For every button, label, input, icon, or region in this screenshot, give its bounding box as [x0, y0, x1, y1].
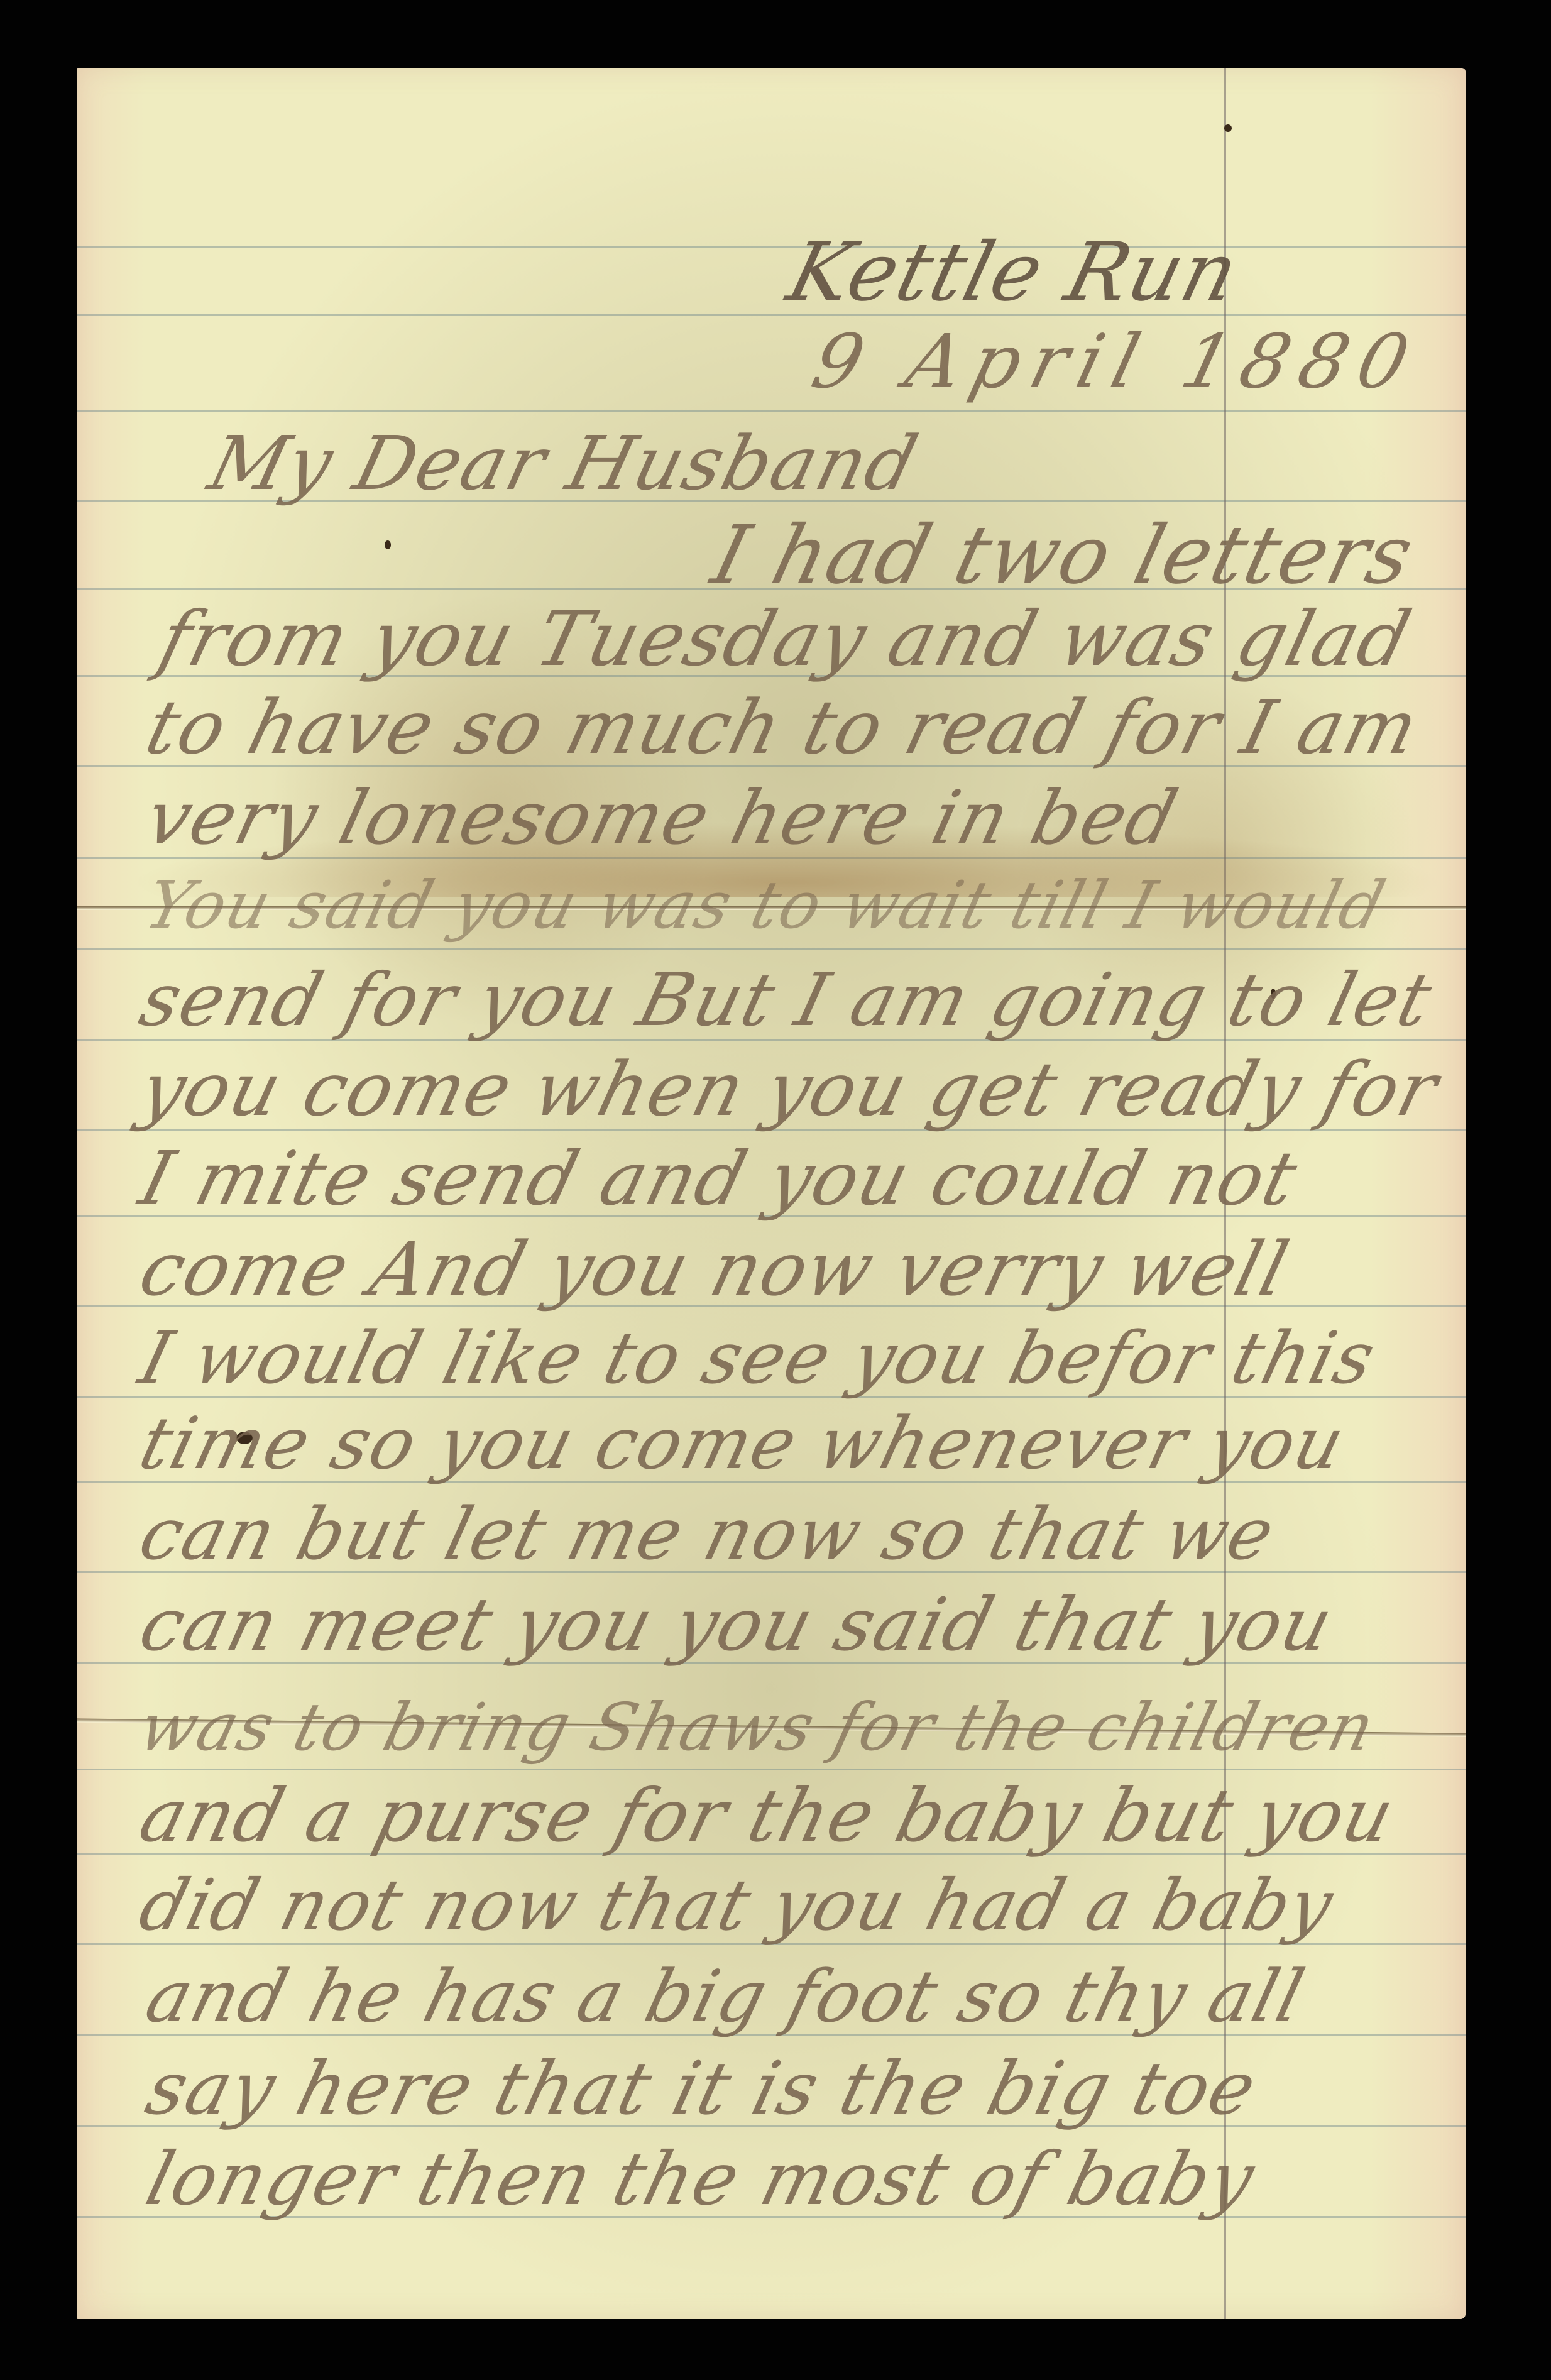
letter-line: and a purse for the baby but you [133, 1780, 1401, 1853]
ruled-line [77, 410, 1466, 412]
ruled-line [77, 1769, 1466, 1770]
letter-line: send for you But I am going to let [133, 964, 1439, 1037]
letter-line: can meet you you said that you [133, 1589, 1340, 1662]
letter-line: say here that it is the big toe [140, 2053, 1264, 2125]
ruled-line [77, 246, 1466, 248]
letter-line: did not now that you had a baby [133, 1870, 1340, 1941]
letter-line: was to bring Shaws for the children [133, 1694, 1382, 1760]
letter-line: I mite send and you could not [133, 1141, 1305, 1215]
ruled-line [77, 314, 1466, 316]
letter-line: You said you was to wait till I would [140, 872, 1392, 938]
letter-line: from you Tuesday and was glad [152, 602, 1418, 677]
letter-line: I would like to see you befor this [133, 1322, 1383, 1394]
letter-line: very lonesome here in bed [140, 781, 1185, 855]
letter-line: I had two letters [705, 515, 1421, 596]
scan-background: Kettle Run 9 April 1880 My Dear Husband … [0, 0, 1551, 2380]
letter-line: you come when you get ready for [133, 1052, 1445, 1126]
letter-line: time so you come whenever you [133, 1408, 1352, 1479]
letter-place: Kettle Run [781, 233, 1246, 313]
letter-line: come And you now verry well [133, 1232, 1296, 1306]
letter-line: longer then the most of baby [140, 2143, 1262, 2216]
letter-page: Kettle Run 9 April 1880 My Dear Husband … [77, 68, 1466, 2319]
letter-line: to have so much to read for I am [140, 690, 1426, 764]
letter-date: 9 April 1880 [806, 324, 1427, 398]
letter-line: and he has a big foot so thy all [140, 1961, 1312, 2032]
ink-spot [385, 540, 391, 549]
letter-line: can but let me now so that we [133, 1498, 1282, 1570]
letter-salutation: My Dear Husband [202, 426, 925, 500]
ruled-line [77, 948, 1466, 950]
ink-spot [1224, 124, 1232, 132]
